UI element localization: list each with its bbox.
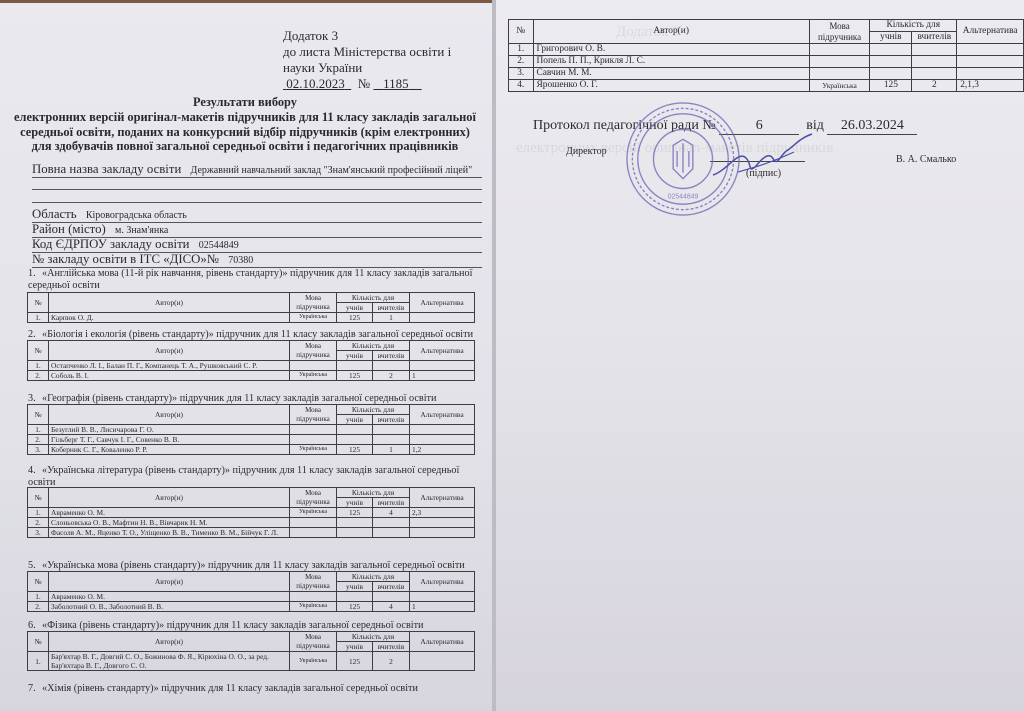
row-number: 2. — [28, 518, 49, 528]
row-authors: Соболь В. І. — [49, 371, 290, 381]
row-students: 125 — [337, 508, 373, 518]
director-label: Директор — [566, 146, 607, 157]
row-teachers — [912, 56, 957, 68]
row-students: 125 — [337, 445, 373, 455]
row-language — [290, 425, 337, 435]
row-authors: Бар'яхтар В. Г., Довгий С. О., Божинова … — [49, 652, 290, 671]
row-authors: Гільберг Т. Г., Савчук І. Г., Совенко В.… — [49, 435, 290, 445]
row-teachers: 2 — [912, 80, 957, 92]
section-title: 2.«Біологія і екологія (рівень стандарту… — [28, 329, 486, 341]
region-label: Область — [32, 207, 77, 221]
col-no: № — [509, 20, 534, 44]
appendix-header: Додаток 3 до листа Міністерства освіти і… — [283, 28, 451, 92]
col-no: № — [28, 405, 49, 425]
row-alternative: 2,3 — [410, 508, 475, 518]
row-teachers: 4 — [373, 508, 410, 518]
col-language: Мова підручника — [290, 293, 337, 313]
row-language: Українська — [290, 652, 337, 671]
full-name-label: Повна назва закладу освіти — [32, 162, 181, 176]
section-title-text: «Фізика (рівень стандарту)» підручник дл… — [42, 620, 423, 631]
textbook-table: №Автор(и)Мова підручникаКількість дляАль… — [27, 404, 475, 455]
row-language — [809, 56, 869, 68]
row-number: 1. — [28, 313, 49, 323]
row-teachers: 4 — [373, 602, 410, 612]
row-alternative — [957, 68, 1024, 80]
row-alternative — [410, 361, 475, 371]
col-students: учнів — [337, 351, 373, 361]
col-students: учнів — [870, 32, 912, 44]
row-language — [290, 361, 337, 371]
col-teachers: вчителів — [912, 32, 957, 44]
table-row: 2.Слоньовська О. В., Мафтин Н. В., Вівча… — [28, 518, 475, 528]
row-number: 3. — [509, 68, 534, 80]
row-alternative — [410, 435, 475, 445]
document-title: Результати вибору електронних версій ори… — [10, 95, 480, 154]
col-no: № — [28, 572, 49, 592]
section-title: 4.«Українська література (рівень стандар… — [28, 465, 486, 488]
row-language: Українська — [290, 371, 337, 381]
row-authors: Заболотний О. В., Заболотний В. В. — [49, 602, 290, 612]
textbook-table: №Автор(и)Мова підручникаКількість дляАль… — [27, 340, 475, 381]
row-authors: Григорович О. В. — [533, 44, 809, 56]
letter-number-label: № — [358, 76, 370, 91]
row-teachers — [373, 592, 410, 602]
section-number: 6. — [28, 620, 42, 632]
section-number: 5. — [28, 560, 42, 572]
col-alternative: Альтернатива — [410, 632, 475, 652]
row-students: 125 — [337, 652, 373, 671]
row-alternative — [410, 592, 475, 602]
row-students — [337, 528, 373, 538]
col-alternative: Альтернатива — [410, 572, 475, 592]
row-language: Українська — [290, 313, 337, 323]
row-language: Українська — [290, 602, 337, 612]
row-authors: Слоньовська О. В., Мафтин Н. В., Вівчари… — [49, 518, 290, 528]
table-row: 1.Григорович О. В. — [509, 44, 1024, 56]
row-authors: Фасоля А. М., Яценко Т. О., Уліщенко В. … — [49, 528, 290, 538]
table-row: 3.Фасоля А. М., Яценко Т. О., Уліщенко В… — [28, 528, 475, 538]
row-teachers — [373, 518, 410, 528]
table-row: 1.Безуглий В. В., Лисичарова Г. О. — [28, 425, 475, 435]
table-row: 1.Бар'яхтар В. Г., Довгий С. О., Божинов… — [28, 652, 475, 671]
chemistry-table: № Автор(и) Мова підручника Кількість для… — [508, 19, 1024, 92]
row-authors: Попель П. П., Крикля Л. С. — [533, 56, 809, 68]
row-alternative — [410, 313, 475, 323]
row-teachers — [373, 361, 410, 371]
col-no: № — [28, 341, 49, 361]
section-number: 1. — [28, 268, 42, 280]
row-teachers: 1 — [373, 445, 410, 455]
table-row: 1.Остапченко Л. І., Балан П. Г., Компане… — [28, 361, 475, 371]
row-alternative — [957, 56, 1024, 68]
col-count-for: Кількість для — [337, 405, 410, 415]
section-number: 3. — [28, 393, 42, 405]
col-authors: Автор(и) — [49, 405, 290, 425]
row-authors: Карпюк О. Д. — [49, 313, 290, 323]
col-alternative: Альтернатива — [410, 405, 475, 425]
col-count-for: Кількість для — [870, 20, 957, 32]
row-number: 3. — [28, 528, 49, 538]
edrpou-value: 02544849 — [199, 240, 239, 251]
full-name-value: Державний навчальний заклад "Знам'янськи… — [191, 165, 473, 176]
col-alternative: Альтернатива — [410, 293, 475, 313]
row-authors: Савчин М. М. — [533, 68, 809, 80]
col-authors: Автор(и) — [533, 20, 809, 44]
row-teachers: 2 — [373, 371, 410, 381]
letter-date-number: 02.10.2023 № 1185 — [283, 76, 451, 92]
signature-icon — [708, 130, 818, 180]
director-name: В. А. Смалько — [896, 154, 956, 165]
section-number: 7. — [28, 683, 42, 695]
col-count-for: Кількість для — [337, 632, 410, 642]
table-row: 3.Савчин М. М. — [509, 68, 1024, 80]
row-authors: Ярошенко О. Г. — [533, 80, 809, 92]
table-row: 2.Гільберг Т. Г., Савчук І. Г., Совенко … — [28, 435, 475, 445]
row-number: 4. — [509, 80, 534, 92]
row-students — [337, 435, 373, 445]
row-alternative — [410, 518, 475, 528]
its-field: № закладу освіти в ІТС «ДІСО»№ 70380 — [32, 251, 482, 268]
col-students: учнів — [337, 303, 373, 313]
row-teachers: 1 — [373, 313, 410, 323]
row-number: 1. — [28, 592, 49, 602]
section-title: 5.«Українська мова (рівень стандарту)» п… — [28, 560, 486, 572]
col-authors: Автор(и) — [49, 572, 290, 592]
row-alternative — [410, 652, 475, 671]
row-alternative — [410, 528, 475, 538]
col-language: Мова підручника — [290, 632, 337, 652]
document-page-left: Додаток 3 до листа Міністерства освіти і… — [0, 3, 492, 711]
row-language — [290, 435, 337, 445]
row-language: Українська — [290, 445, 337, 455]
row-alternative: 1,2 — [410, 445, 475, 455]
textbook-table: №Автор(и)Мова підручникаКількість дляАль… — [27, 487, 475, 538]
section-number: 2. — [28, 329, 42, 341]
section-title-text: «Біологія і екологія (рівень стандарту)»… — [42, 329, 473, 340]
district-value: м. Знам'янка — [115, 225, 168, 236]
row-teachers — [373, 435, 410, 445]
col-count-for: Кількість для — [337, 572, 410, 582]
col-alternative: Альтернатива — [410, 488, 475, 508]
col-teachers: вчителів — [373, 303, 410, 313]
section-title: 7.«Хімія (рівень стандарту)» підручник д… — [28, 683, 486, 695]
table-row: 1.Авраменко О. М. — [28, 592, 475, 602]
its-value: 70380 — [228, 255, 253, 266]
letter-line2: науки України — [283, 60, 451, 76]
col-teachers: вчителів — [373, 582, 410, 592]
col-students: учнів — [337, 498, 373, 508]
col-count-for: Кількість для — [337, 488, 410, 498]
col-no: № — [28, 293, 49, 313]
letter-line1: до листа Міністерства освіти і — [283, 44, 451, 60]
row-language: Українська — [290, 508, 337, 518]
row-number: 1. — [28, 652, 49, 671]
row-teachers — [373, 528, 410, 538]
col-students: учнів — [337, 642, 373, 652]
row-students: 125 — [337, 313, 373, 323]
col-students: учнів — [337, 415, 373, 425]
row-alternative: 1 — [410, 602, 475, 612]
section-number: 4. — [28, 465, 42, 477]
edrpou-label: Код ЄДРПОУ закладу освіти — [32, 237, 190, 251]
table-row: 4.Ярошенко О. Г.Українська12522,1,3 — [509, 80, 1024, 92]
row-authors: Авраменко О. М. — [49, 592, 290, 602]
col-language: Мова підручника — [290, 488, 337, 508]
col-no: № — [28, 632, 49, 652]
col-teachers: вчителів — [373, 498, 410, 508]
row-language — [809, 68, 869, 80]
its-label: № закладу освіти в ІТС «ДІСО»№ — [32, 252, 219, 266]
row-teachers — [912, 68, 957, 80]
row-number: 1. — [28, 508, 49, 518]
col-language: Мова підручника — [290, 405, 337, 425]
row-students — [870, 68, 912, 80]
section-title: 3.«Географія (рівень стандарту)» підручн… — [28, 393, 486, 405]
appendix-label: Додаток 3 — [283, 28, 451, 44]
textbook-table: №Автор(и)Мова підручникаКількість дляАль… — [27, 571, 475, 612]
blank-line — [32, 202, 482, 203]
row-language — [290, 592, 337, 602]
table-row: 2.Соболь В. І.Українська12521 — [28, 371, 475, 381]
row-language — [290, 528, 337, 538]
title-line2: електронних версій оригінал-макетів підр… — [10, 110, 480, 154]
row-students — [337, 361, 373, 371]
title-line1: Результати вибору — [10, 95, 480, 110]
row-language: Українська — [809, 80, 869, 92]
row-language — [809, 44, 869, 56]
section-title-text: «Географія (рівень стандарту)» підручник… — [42, 393, 436, 404]
section-title: 6.«Фізика (рівень стандарту)» підручник … — [28, 620, 486, 632]
table-row: 2.Заболотний О. В., Заболотний В. В.Укра… — [28, 602, 475, 612]
row-alternative: 2,1,3 — [957, 80, 1024, 92]
row-students: 125 — [337, 371, 373, 381]
row-number: 2. — [28, 602, 49, 612]
col-authors: Автор(и) — [49, 632, 290, 652]
section-title-text: «Англійська мова (11-й рік навчання, рів… — [28, 268, 472, 291]
row-teachers — [912, 44, 957, 56]
col-teachers: вчителів — [373, 642, 410, 652]
row-students — [337, 518, 373, 528]
row-number: 1. — [28, 361, 49, 371]
col-students: учнів — [337, 582, 373, 592]
col-language: Мова підручника — [290, 572, 337, 592]
col-authors: Автор(и) — [49, 293, 290, 313]
table-row: 1.Карпюк О. Д.Українська1251 — [28, 313, 475, 323]
letter-number: 1185 — [383, 76, 409, 91]
row-number: 2. — [28, 371, 49, 381]
row-students — [337, 592, 373, 602]
svg-text:02544849: 02544849 — [668, 193, 699, 200]
col-language: Мова підручника — [809, 20, 869, 44]
full-name-field: Повна назва закладу освіти Державний нав… — [32, 161, 482, 178]
row-alternative: 1 — [410, 371, 475, 381]
row-students — [870, 56, 912, 68]
row-students: 125 — [337, 602, 373, 612]
table-row: 3.Коберник С. Г., Коваленко Р. Р.Українс… — [28, 445, 475, 455]
col-language: Мова підручника — [290, 341, 337, 361]
table-row: 2.Попель П. П., Крикля Л. С. — [509, 56, 1024, 68]
section-title-text: «Українська мова (рівень стандарту)» під… — [42, 560, 465, 571]
col-teachers: вчителів — [373, 351, 410, 361]
row-students — [870, 44, 912, 56]
row-number: 2. — [509, 56, 534, 68]
district-label: Район (місто) — [32, 222, 106, 236]
row-authors: Коберник С. Г., Коваленко Р. Р. — [49, 445, 290, 455]
col-authors: Автор(и) — [49, 341, 290, 361]
row-authors: Авраменко О. М. — [49, 508, 290, 518]
blank-line — [32, 189, 482, 190]
row-number: 2. — [28, 435, 49, 445]
col-authors: Автор(и) — [49, 488, 290, 508]
table-row: 1.Авраменко О. М.Українська12542,3 — [28, 508, 475, 518]
letter-date: 02.10.2023 — [286, 76, 345, 91]
section-title: 1.«Англійська мова (11-й рік навчання, р… — [28, 268, 486, 291]
row-number: 3. — [28, 445, 49, 455]
textbook-table: №Автор(и)Мова підручникаКількість дляАль… — [27, 631, 475, 671]
section-title-text: «Українська література (рівень стандарту… — [28, 465, 459, 488]
col-alternative: Альтернатива — [957, 20, 1024, 44]
region-value: Кіровоградська область — [86, 210, 187, 221]
row-alternative — [957, 44, 1024, 56]
col-no: № — [28, 488, 49, 508]
row-students — [337, 425, 373, 435]
col-count-for: Кількість для — [337, 341, 410, 351]
protocol-date: 26.03.2024 — [841, 118, 904, 133]
row-number: 1. — [509, 44, 534, 56]
row-teachers: 2 — [373, 652, 410, 671]
row-authors: Безуглий В. В., Лисичарова Г. О. — [49, 425, 290, 435]
textbook-table: №Автор(и)Мова підручникаКількість дляАль… — [27, 292, 475, 323]
section-title-text: «Хімія (рівень стандарту)» підручник для… — [42, 683, 418, 694]
col-count-for: Кількість для — [337, 293, 410, 303]
row-authors: Остапченко Л. І., Балан П. Г., Компанець… — [49, 361, 290, 371]
row-students: 125 — [870, 80, 912, 92]
row-number: 1. — [28, 425, 49, 435]
col-alternative: Альтернатива — [410, 341, 475, 361]
document-page-right: Додаток 3 електронних версій оригінал-ма… — [496, 0, 1024, 711]
row-teachers — [373, 425, 410, 435]
row-alternative — [410, 425, 475, 435]
row-language — [290, 518, 337, 528]
col-teachers: вчителів — [373, 415, 410, 425]
